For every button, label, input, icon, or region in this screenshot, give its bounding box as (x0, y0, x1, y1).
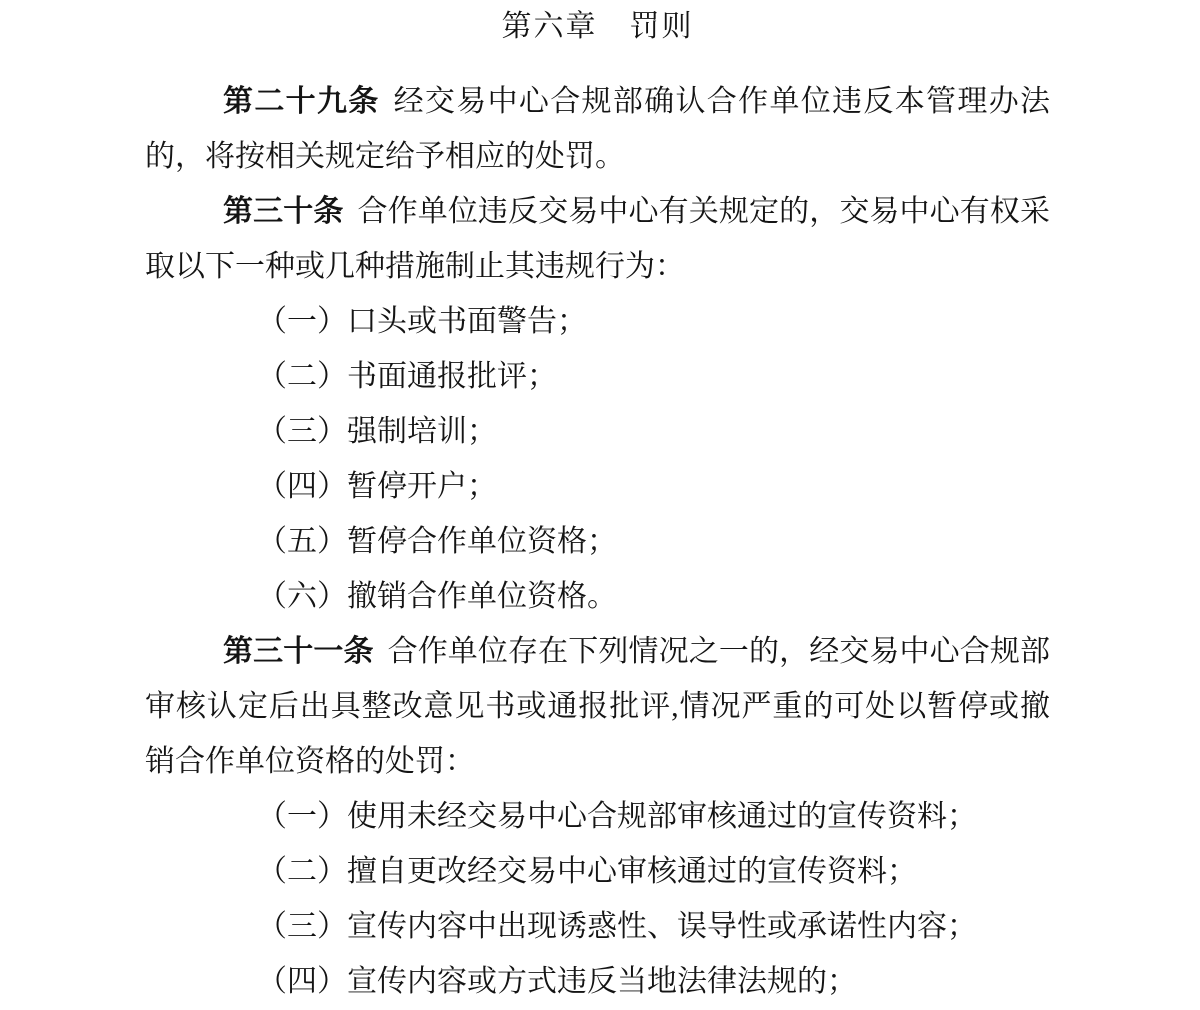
violation-case-item-3: （三）宣传内容中出现诱惑性、误导性或承诺性内容； (145, 899, 1050, 954)
document-page: 第六章 罚则 第二十九条经交易中心合规部确认合作单位违反本管理办法 的，将按相关… (145, 0, 1050, 1009)
article-31-text: 合作单位存在下列情况之一的，经交易中心合规部 (388, 635, 1050, 668)
penalty-measure-item-2: （二）书面通报批评； (145, 349, 1050, 404)
article-30-line-2: 取以下一种或几种措施制止其违规行为： (145, 239, 1050, 294)
violation-case-item-4: （四）宣传内容或方式违反当地法律法规的； (145, 954, 1050, 1009)
penalty-measure-item-5: （五）暂停合作单位资格； (145, 514, 1050, 569)
article-30-text: 合作单位违反交易中心有关规定的，交易中心有权采 (357, 195, 1050, 228)
article-30-number: 第三十条 (223, 195, 343, 228)
article-29-line-2: 的，将按相关规定给予相应的处罚。 (145, 129, 1050, 184)
article-31-line-3: 销合作单位资格的处罚： (145, 734, 1050, 789)
penalty-measure-item-6: （六）撤销合作单位资格。 (145, 569, 1050, 624)
violation-case-item-2: （二）擅自更改经交易中心审核通过的宣传资料； (145, 844, 1050, 899)
penalty-measure-item-3: （三）强制培训； (145, 404, 1050, 459)
violation-case-item-1: （一）使用未经交易中心合规部审核通过的宣传资料； (145, 789, 1050, 844)
article-31-line-2: 审核认定后出具整改意见书或通报批评,情况严重的可处以暂停或撤 (145, 679, 1050, 734)
article-29-line-1: 第二十九条经交易中心合规部确认合作单位违反本管理办法 (145, 74, 1050, 129)
document-body: 第二十九条经交易中心合规部确认合作单位违反本管理办法 的，将按相关规定给予相应的… (145, 74, 1050, 1009)
article-29-text: 经交易中心合规部确认合作单位违反本管理办法 (394, 85, 1050, 118)
article-31-line-1: 第三十一条合作单位存在下列情况之一的，经交易中心合规部 (145, 624, 1050, 679)
article-29-number: 第二十九条 (223, 85, 380, 118)
penalty-measure-item-1: （一）口头或书面警告； (145, 294, 1050, 349)
article-30-line-1: 第三十条合作单位违反交易中心有关规定的，交易中心有权采 (145, 184, 1050, 239)
penalty-measure-item-4: （四）暂停开户； (145, 459, 1050, 514)
article-31-number: 第三十一条 (223, 635, 374, 668)
chapter-heading: 第六章 罚则 (145, 0, 1050, 48)
